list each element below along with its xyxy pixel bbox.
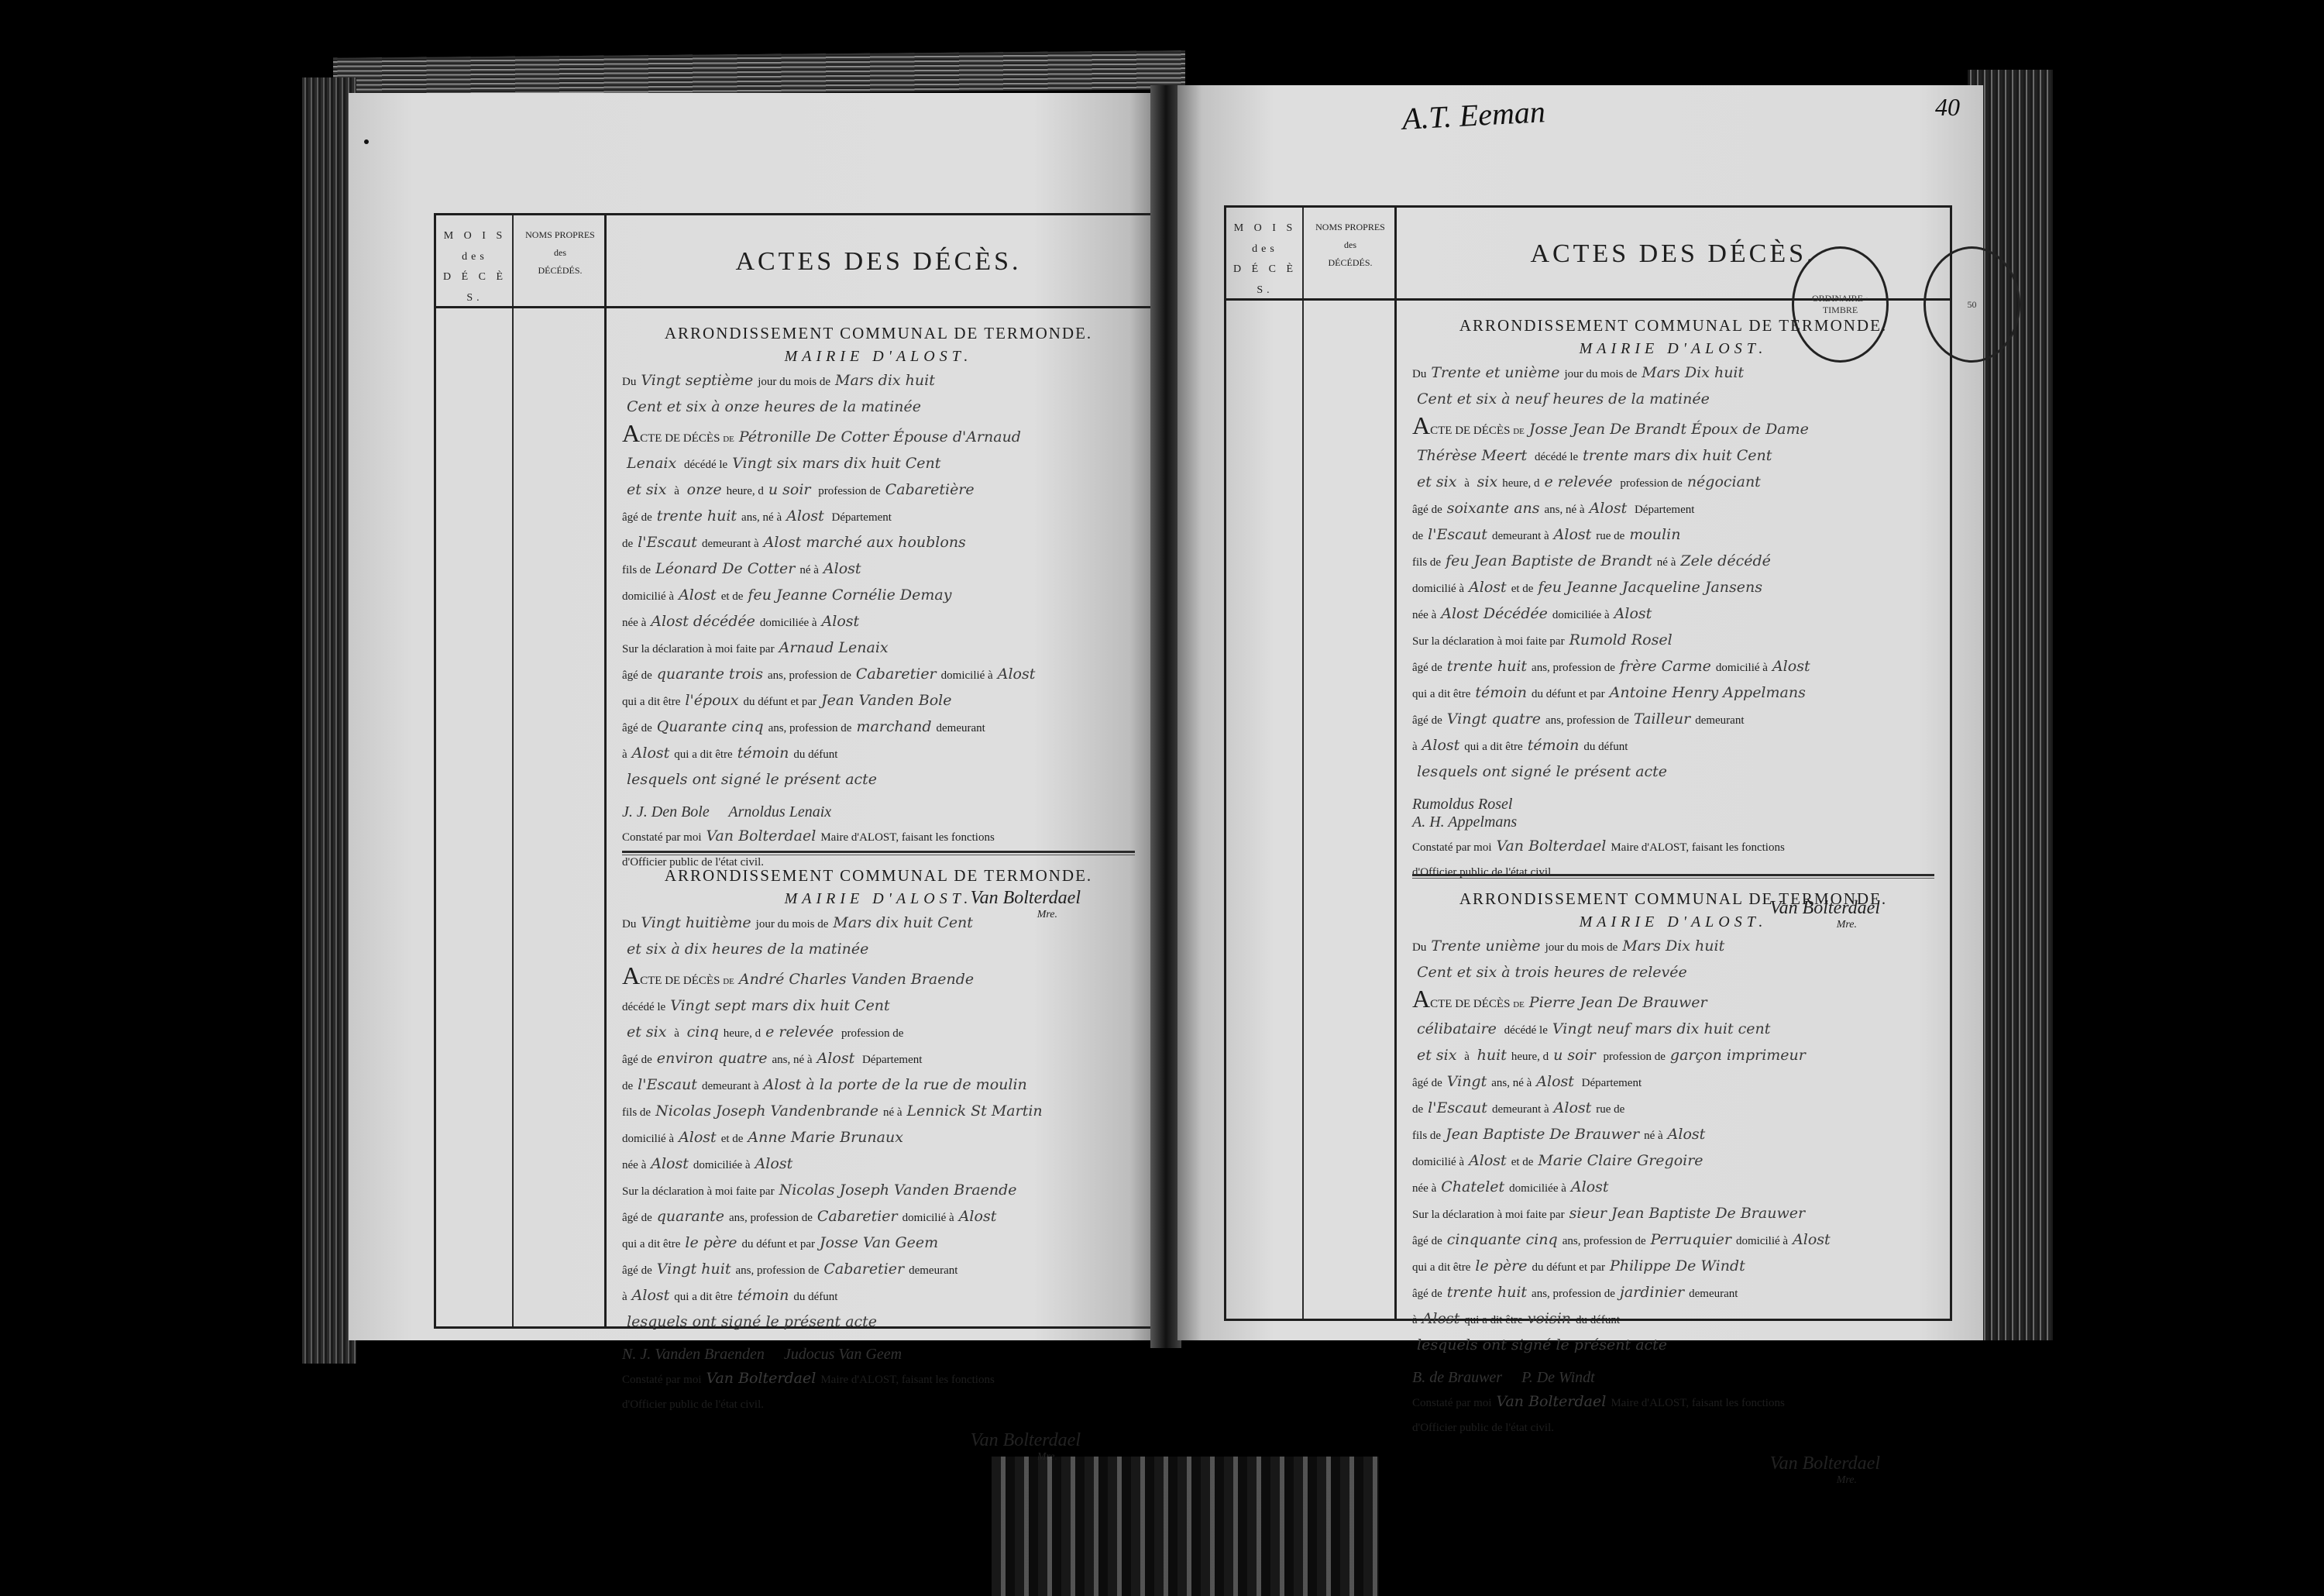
printed-text: et de bbox=[1511, 583, 1534, 595]
handwritten-entry: le père bbox=[680, 1234, 741, 1251]
open-register-book: M O I S des D É C È S. NOMS PROPRES des … bbox=[302, 54, 2053, 1371]
handwritten-entry: Cent et six à onze heures de la matinée bbox=[622, 398, 926, 415]
handwritten-entry: et six bbox=[622, 1023, 671, 1040]
handwritten-entry: Cabaretier bbox=[819, 1261, 909, 1278]
handwritten-entry: Alost bbox=[954, 1208, 1002, 1225]
printed-text: Département bbox=[1635, 504, 1694, 516]
handwritten-entry: Alost bbox=[751, 1155, 798, 1172]
book-page-edges-top bbox=[333, 50, 1185, 97]
handwritten-entry: Lenaix bbox=[622, 455, 681, 472]
printed-text: et de bbox=[1511, 1156, 1534, 1168]
handwritten-entry: quarante bbox=[652, 1208, 729, 1225]
handwritten-entry: Alost bbox=[1464, 579, 1511, 596]
printed-text: ans, profession de bbox=[1532, 662, 1615, 674]
printed-text: fils de bbox=[622, 1106, 651, 1119]
printed-text: qui a dit être bbox=[674, 748, 732, 761]
printed-text: d'Officier public de l'état civil. bbox=[1412, 1422, 1554, 1434]
printed-text: Constaté par moi bbox=[622, 831, 701, 844]
handwritten-entry: l'Escaut bbox=[1423, 1099, 1492, 1116]
printed-text: A. H. Appelmans bbox=[1412, 813, 1517, 831]
handwritten-entry: Alost Décédée bbox=[1436, 605, 1552, 622]
arrondissement-heading: ARRONDISSEMENT COMMUNAL DE TERMONDE. bbox=[622, 324, 1135, 343]
printed-text: du défunt et par bbox=[1532, 1261, 1605, 1274]
printed-text: né à bbox=[1644, 1130, 1663, 1142]
handwritten-entry: Léonard De Cotter bbox=[651, 560, 799, 577]
scan-artifact bbox=[992, 1457, 1379, 1596]
printed-text: âgé de bbox=[1412, 662, 1442, 674]
printed-text: demeurant bbox=[1689, 1288, 1738, 1300]
printed-text: demeurant bbox=[1695, 714, 1744, 727]
handwritten-entry: Mars Dix huit bbox=[1618, 937, 1729, 955]
handwritten-entry: Alost bbox=[646, 1155, 693, 1172]
deceased-name: André Charles Vanden Braende bbox=[734, 971, 978, 988]
printed-text: de bbox=[1412, 530, 1423, 542]
handwritten-entry: et six bbox=[1412, 473, 1461, 490]
handwritten-entry: Zele décédé bbox=[1676, 552, 1776, 569]
printed-text: qui a dit être bbox=[622, 696, 680, 708]
printed-text: domiciliée à bbox=[1552, 609, 1610, 621]
handwritten-entry: Alost décédée bbox=[646, 613, 760, 630]
printed-text: P. De Windt bbox=[1521, 1369, 1595, 1386]
printed-text: jour du mois de bbox=[758, 376, 830, 388]
handwritten-entry: l'Escaut bbox=[633, 534, 702, 551]
handwritten-entry: six bbox=[1473, 473, 1503, 490]
printed-text: profession de bbox=[1620, 477, 1682, 490]
handwritten-entry: lesquels ont signé le présent acte bbox=[1412, 1336, 1672, 1354]
handwritten-entry: u soir bbox=[764, 481, 816, 498]
handwritten-entry: et six bbox=[622, 481, 671, 498]
margin-annotation: A.T. Eeman bbox=[1401, 93, 1546, 137]
handwritten-entry: Cent et six à neuf heures de la matinée bbox=[1412, 390, 1714, 408]
handwritten-entry: trente huit bbox=[1442, 1284, 1532, 1301]
handwritten-entry: e relevée bbox=[1540, 473, 1618, 490]
handwritten-entry: Mars Dix huit bbox=[1637, 364, 1748, 381]
handwritten-entry: Nicolas Joseph Vandenbrande bbox=[651, 1102, 883, 1120]
printed-text: ans, profession de bbox=[1563, 1235, 1646, 1247]
printed-text: à bbox=[1412, 741, 1418, 753]
handwritten-entry: Vingt six mars dix huit Cent bbox=[727, 455, 945, 472]
printed-text: âgé de bbox=[622, 669, 652, 682]
printed-text: qui a dit être bbox=[674, 1291, 732, 1303]
printed-text: N. J. Vanden Braenden bbox=[622, 1346, 765, 1363]
printed-text: né à bbox=[883, 1106, 902, 1119]
printed-text: et de bbox=[721, 590, 744, 603]
handwritten-entry: Mars dix huit Cent bbox=[828, 914, 978, 931]
handwritten-entry: Vingt huitième bbox=[636, 914, 755, 931]
handwritten-entry: environ quatre bbox=[652, 1050, 772, 1067]
column-noms-des-decedes bbox=[514, 215, 607, 1326]
printed-text: qui a dit être bbox=[1412, 1261, 1470, 1274]
printed-text: qui a dit être bbox=[622, 1238, 680, 1250]
handwritten-entry: Vingt sept mars dix huit Cent bbox=[665, 997, 894, 1014]
handwritten-entry: Cabaretier bbox=[851, 666, 941, 683]
printed-text: du défunt bbox=[1583, 741, 1628, 753]
printed-text: B. de Brauwer bbox=[1412, 1369, 1502, 1386]
printed-text: décédé le bbox=[684, 459, 727, 471]
register-header: M O I S des D É C È S. NOMS PROPRES des … bbox=[436, 215, 1150, 308]
printed-text: âgé de bbox=[1412, 1235, 1442, 1247]
handwritten-entry: Alost bbox=[674, 586, 721, 604]
handwritten-entry: Vingt neuf mars dix huit cent bbox=[1548, 1020, 1776, 1037]
seal-stamp-icon: 50 bbox=[1923, 246, 2020, 363]
printed-text: Sur la déclaration à moi faite par bbox=[1412, 1209, 1565, 1221]
handwritten-entry: Quarante cinq bbox=[652, 718, 768, 735]
printed-text: D É C È S. bbox=[1226, 260, 1304, 301]
handwritten-entry: voisin bbox=[1523, 1310, 1576, 1327]
handwritten-entry: cinquante cinq bbox=[1442, 1231, 1563, 1248]
handwritten-entry: Alost bbox=[782, 507, 829, 525]
handwritten-entry: Alost bbox=[627, 1287, 675, 1304]
printed-text: qui a dit être bbox=[1464, 741, 1522, 753]
handwritten-entry: Antoine Henry Appelmans bbox=[1605, 684, 1810, 701]
printed-text: du défunt et par bbox=[741, 1238, 815, 1250]
printed-text: demeurant à bbox=[702, 538, 759, 550]
column-mois-des-deces bbox=[436, 215, 514, 1326]
handwritten-entry: Trente et unième bbox=[1426, 364, 1564, 381]
handwritten-entry: Alost bbox=[1418, 1310, 1465, 1327]
printed-text: J. J. Den Bole bbox=[622, 803, 710, 820]
printed-text: fils de bbox=[1412, 556, 1441, 569]
handwritten-entry: Philippe De Windt bbox=[1605, 1257, 1750, 1274]
printed-text: Département bbox=[862, 1054, 922, 1066]
deceased-name: Josse Jean De Brandt Époux de Dame bbox=[1525, 421, 1813, 438]
printed-text: ARRONDISSEMENT COMMUNAL DE TERMONDE. bbox=[622, 866, 1135, 886]
printed-text: Maire d'ALOST, faisant les fonctions bbox=[1611, 841, 1784, 854]
handwritten-entry: Alost bbox=[1418, 737, 1465, 754]
printed-text: Mre. bbox=[1412, 1474, 1880, 1487]
printed-text: M O I S bbox=[1226, 218, 1304, 239]
printed-text: des bbox=[1304, 236, 1397, 254]
handwritten-entry: l'Escaut bbox=[633, 1076, 702, 1093]
printed-text: Maire d'ALOST, faisant les fonctions bbox=[820, 1374, 994, 1386]
handwritten-entry: Alost bbox=[813, 1050, 860, 1067]
death-record-3: ARRONDISSEMENT COMMUNAL DE TERMONDE. MAI… bbox=[1412, 316, 1934, 931]
handwritten-entry: Jean Baptiste De Brauwer bbox=[1441, 1126, 1644, 1143]
printed-text: Constaté par moi bbox=[1412, 1397, 1491, 1409]
printed-text: née à bbox=[622, 617, 646, 629]
handwritten-entry: moulin bbox=[1624, 526, 1685, 543]
declarant-1: Arnaud Lenaix bbox=[775, 639, 893, 656]
handwritten-entry: témoin bbox=[1523, 737, 1584, 754]
record-divider bbox=[1412, 874, 1934, 879]
handwritten-entry: soixante ans bbox=[1442, 500, 1545, 517]
right-page: A.T. Eeman 40 M O I S des D É C È S. NOM… bbox=[1177, 85, 1983, 1340]
printed-text: Van Bolterdael bbox=[971, 1430, 1081, 1450]
handwritten-entry: le père bbox=[1470, 1257, 1532, 1274]
handwritten-entry: frère Carme bbox=[1615, 658, 1716, 675]
printed-text: domicilié à bbox=[941, 669, 993, 682]
printed-text: du défunt bbox=[1576, 1314, 1620, 1326]
handwritten-entry: Tailleur bbox=[1629, 710, 1695, 727]
printed-text: décédé le bbox=[1535, 451, 1578, 463]
printed-text: domicilié à bbox=[622, 1133, 674, 1145]
printed-text: Arnoldus Lenaix bbox=[728, 803, 831, 820]
printed-text: domicilié à bbox=[1412, 1156, 1464, 1168]
header-noms: NOMS PROPRES des DÉCÉDÉS. bbox=[514, 215, 607, 308]
printed-text: fils de bbox=[1412, 1130, 1441, 1142]
printed-text: âgé de bbox=[1412, 1077, 1442, 1089]
printed-text: MAIRIE D'ALOST. bbox=[1412, 913, 1934, 931]
handwritten-entry: jardinier bbox=[1615, 1284, 1689, 1301]
record-day: Vingt septième bbox=[636, 372, 758, 389]
printed-text: domiciliée à bbox=[1509, 1182, 1566, 1195]
handwritten-entry: Alost bbox=[1549, 1099, 1597, 1116]
printed-text: demeurant à bbox=[702, 1080, 759, 1092]
printed-text: NOMS PROPRES bbox=[1304, 218, 1397, 236]
handwritten-entry: trente mars dix huit Cent bbox=[1578, 447, 1776, 464]
handwritten-entry: négociant bbox=[1683, 473, 1765, 490]
mairie-heading: MAIRIE D'ALOST. bbox=[622, 348, 1135, 366]
handwritten-entry: Alost bbox=[993, 666, 1040, 683]
handwritten-entry: Alost bbox=[819, 560, 866, 577]
handwritten-entry: cinq bbox=[682, 1023, 724, 1040]
printed-text: ans, profession de bbox=[768, 669, 851, 682]
printed-text: de bbox=[622, 538, 633, 550]
printed-text: de bbox=[622, 1080, 633, 1092]
printed-text: né à bbox=[799, 564, 819, 576]
printed-text: MAIRIE D'ALOST. bbox=[1412, 340, 1934, 358]
handwritten-entry: Alost bbox=[1464, 1152, 1511, 1169]
printed-text: décédé le bbox=[1504, 1024, 1548, 1037]
handwritten-entry: Lennick St Martin bbox=[902, 1102, 1047, 1120]
handwritten-entry: Alost à la porte de la rue de moulin bbox=[759, 1076, 1032, 1093]
printed-text: CTE DE DÉCÈS de bbox=[1430, 425, 1525, 437]
handwritten-entry: témoin bbox=[733, 745, 794, 762]
printed-text: profession de bbox=[818, 485, 880, 497]
printed-text: heure, d bbox=[724, 1027, 761, 1040]
printed-text: né à bbox=[1657, 556, 1676, 569]
printed-text: ARRONDISSEMENT COMMUNAL DE TERMONDE. bbox=[1412, 889, 1934, 909]
printed-text: Département bbox=[1582, 1077, 1642, 1089]
death-record-1: ARRONDISSEMENT COMMUNAL DE TERMONDE. MAI… bbox=[622, 324, 1135, 921]
printed-text: d'Officier public de l'état civil. bbox=[622, 1398, 764, 1411]
deceased-name: Pierre Jean De Brauwer bbox=[1525, 994, 1712, 1011]
handwritten-entry: Anne Marie Brunaux bbox=[743, 1129, 908, 1146]
printed-text: de bbox=[1412, 1103, 1423, 1116]
printed-text: Judocus Van Geem bbox=[784, 1346, 902, 1363]
printed-text: jour du mois de bbox=[1545, 941, 1618, 954]
page-number: 40 bbox=[1935, 93, 1960, 122]
handwritten-entry: u soir bbox=[1549, 1047, 1600, 1064]
header-mois: M O I S des D É C È S. bbox=[436, 215, 514, 308]
printed-text: rue de bbox=[1596, 1103, 1624, 1116]
handwritten-entry: trente huit bbox=[1442, 658, 1532, 675]
printed-text: Constaté par moi bbox=[1412, 841, 1491, 854]
printed-text: âgé de bbox=[1412, 1288, 1442, 1300]
printed-text: demeurant bbox=[909, 1264, 957, 1277]
handwritten-entry: Alost bbox=[1663, 1126, 1710, 1143]
handwritten-entry: Alost bbox=[1768, 658, 1815, 675]
handwritten-entry: Vingt quatre bbox=[1442, 710, 1545, 727]
printed-text: CTE DE DÉCÈS de bbox=[1430, 998, 1525, 1010]
handwritten-entry: Nicolas Joseph Vanden Braende bbox=[775, 1182, 1022, 1199]
printed-text: domiciliée à bbox=[693, 1159, 751, 1171]
printed-text: ans, profession de bbox=[1532, 1288, 1615, 1300]
declarant-2: Jean Vanden Bole bbox=[816, 692, 956, 709]
handwritten-entry: trente huit bbox=[652, 507, 741, 525]
handwritten-entry: Josse Van Geem bbox=[815, 1234, 943, 1251]
printed-text: des bbox=[436, 247, 514, 268]
handwritten-entry: et six à dix heures de la matinée bbox=[622, 941, 873, 958]
printed-text: Constaté par moi bbox=[622, 1374, 701, 1386]
handwritten-entry: e relevée bbox=[761, 1023, 838, 1040]
handwritten-entry: Vingt huit bbox=[652, 1261, 736, 1278]
printed-text: Rumoldus Rosel bbox=[1412, 796, 1512, 813]
printed-text: NOMS PROPRES bbox=[514, 226, 607, 244]
printed-text: DÉCÉDÉS. bbox=[514, 262, 607, 280]
printed-text: profession de bbox=[841, 1027, 903, 1040]
handwritten-entry: Marie Claire Gregoire bbox=[1533, 1152, 1707, 1169]
printed-text: ARRONDISSEMENT COMMUNAL DE TERMONDE. bbox=[1412, 316, 1934, 335]
printed-text: jour du mois de bbox=[756, 918, 829, 930]
printed-text: qui a dit être bbox=[1412, 688, 1470, 700]
handwritten-entry: Trente unième bbox=[1426, 937, 1545, 955]
handwritten-entry: Cabaretier bbox=[813, 1208, 902, 1225]
printed-text: âgé de bbox=[622, 511, 652, 524]
printed-text: ans, profession de bbox=[735, 1264, 819, 1277]
handwritten-entry: l'Escaut bbox=[1423, 526, 1492, 543]
printed-text: Du bbox=[622, 918, 636, 930]
handwritten-entry: Van Bolterdael bbox=[1491, 838, 1611, 855]
printed-text: décédé le bbox=[622, 1001, 665, 1013]
handwritten-entry: feu Jeanne Cornélie Demay bbox=[743, 586, 956, 604]
printed-text: rue de bbox=[1596, 530, 1624, 542]
printed-text: Du bbox=[1412, 941, 1426, 954]
handwritten-entry: feu Jeanne Jacqueline Jansens bbox=[1533, 579, 1767, 596]
printed-text: née à bbox=[1412, 609, 1436, 621]
printed-text: heure, d bbox=[1502, 477, 1539, 490]
handwritten-entry: Alost bbox=[1532, 1073, 1579, 1090]
handwritten-entry: Cabaretière bbox=[881, 481, 979, 498]
printed-text: Du bbox=[622, 376, 636, 388]
printed-text: domicilié à bbox=[622, 590, 674, 603]
printed-text: à bbox=[622, 1291, 627, 1303]
printed-text: M O I S bbox=[436, 226, 514, 247]
handwritten-entry: feu Jean Baptiste de Brandt bbox=[1441, 552, 1657, 569]
death-record-2: ARRONDISSEMENT COMMUNAL DE TERMONDE. MAI… bbox=[622, 866, 1135, 1464]
printed-text: des bbox=[1226, 239, 1304, 260]
printed-text: et de bbox=[721, 1133, 744, 1145]
printed-text: fils de bbox=[622, 564, 651, 576]
printed-text: âgé de bbox=[1412, 504, 1442, 516]
printed-text: ans, né à bbox=[1491, 1077, 1532, 1089]
record-divider bbox=[622, 851, 1135, 855]
handwritten-entry: Van Bolterdael bbox=[701, 827, 820, 844]
printed-text: ans, profession de bbox=[729, 1212, 813, 1224]
handwritten-entry: Alost bbox=[674, 1129, 721, 1146]
printed-text: domicilié à bbox=[1716, 662, 1768, 674]
printed-text: ans, né à bbox=[1545, 504, 1585, 516]
printed-text: à bbox=[1412, 1314, 1418, 1326]
printed-text: née à bbox=[622, 1159, 646, 1171]
handwritten-entry: célibataire bbox=[1412, 1020, 1501, 1037]
handwritten-entry: Alost bbox=[1788, 1231, 1835, 1248]
handwritten-entry: lesquels ont signé le présent acte bbox=[622, 1313, 882, 1330]
handwritten-entry: huit bbox=[1473, 1047, 1511, 1064]
printed-text: du défunt et par bbox=[1532, 688, 1605, 700]
record-month: Mars dix huit bbox=[830, 372, 940, 389]
printed-text: domiciliée à bbox=[760, 617, 817, 629]
handwritten-entry: Rumold Rosel bbox=[1565, 631, 1677, 648]
left-page: M O I S des D É C È S. NOMS PROPRES des … bbox=[349, 93, 1154, 1340]
printed-text: demeurant bbox=[937, 722, 985, 734]
handwritten-entry: Perruquier bbox=[1646, 1231, 1736, 1248]
printed-text: DÉCÉDÉS. bbox=[1304, 254, 1397, 272]
printed-text: demeurant à bbox=[1492, 530, 1549, 542]
handwritten-entry: lesquels ont signé le présent acte bbox=[1412, 763, 1672, 780]
printed-text: âgé de bbox=[622, 722, 652, 734]
printed-text: D É C È S. bbox=[436, 267, 514, 308]
handwritten-entry: lesquels ont signé le présent acte bbox=[622, 771, 882, 788]
death-record-4: ARRONDISSEMENT COMMUNAL DE TERMONDE. MAI… bbox=[1412, 889, 1934, 1487]
handwritten-entry: Van Bolterdael bbox=[1491, 1393, 1611, 1410]
printed-text: du défunt et par bbox=[744, 696, 817, 708]
printed-text: âgé de bbox=[622, 1212, 652, 1224]
printed-text: heure, d bbox=[727, 485, 764, 497]
handwritten-entry: Van Bolterdael bbox=[701, 1370, 820, 1387]
book-gutter bbox=[1150, 85, 1181, 1348]
register-frame: M O I S des D É C È S. NOMS PROPRES des … bbox=[434, 213, 1150, 1329]
handwritten-entry: Vingt bbox=[1442, 1073, 1492, 1090]
printed-text: Maire d'ALOST, faisant les fonctions bbox=[820, 831, 994, 844]
printed-text: Département bbox=[831, 511, 891, 524]
handwritten-entry: sieur Jean Baptiste De Brauwer bbox=[1565, 1205, 1810, 1222]
printed-text: à bbox=[622, 748, 627, 761]
handwritten-entry: Cent et six à trois heures de relevée bbox=[1412, 964, 1692, 981]
printed-text: des bbox=[514, 244, 607, 262]
printed-text: MAIRIE D'ALOST. bbox=[622, 890, 1135, 908]
printed-text: Du bbox=[1412, 368, 1426, 380]
printed-text: âgé de bbox=[622, 1264, 652, 1277]
printed-text: du défunt bbox=[793, 748, 837, 761]
printed-text: demeurant à bbox=[1492, 1103, 1549, 1116]
page-title: ACTES DES DÉCÈS. bbox=[607, 215, 1150, 308]
handwritten-entry: Alost bbox=[817, 613, 865, 630]
deceased-name: Pétronille De Cotter Épouse d'Arnaud bbox=[734, 428, 1026, 445]
printed-text: Van Bolterdael bbox=[1770, 1453, 1880, 1474]
printed-text: CTE DE DÉCÈS de bbox=[640, 975, 734, 987]
printed-text: domicilié à bbox=[1736, 1235, 1788, 1247]
handwritten-entry: Chatelet bbox=[1436, 1178, 1509, 1195]
handwritten-entry: l'époux bbox=[680, 692, 743, 709]
handwritten-entry: témoin bbox=[733, 1287, 794, 1304]
printed-text: domicilié à bbox=[902, 1212, 954, 1224]
printed-text: née à bbox=[1412, 1182, 1436, 1195]
printed-text: jour du mois de bbox=[1564, 368, 1637, 380]
handwritten-entry: onze bbox=[682, 481, 727, 498]
handwritten-entry: marchand bbox=[851, 718, 936, 735]
printed-text: âgé de bbox=[622, 1054, 652, 1066]
handwritten-entry: témoin bbox=[1470, 684, 1532, 701]
register-frame: M O I S des D É C È S. NOMS PROPRES des … bbox=[1224, 205, 1952, 1321]
handwritten-entry: quarante trois bbox=[652, 666, 768, 683]
printed-text: ans, né à bbox=[772, 1054, 813, 1066]
printed-text: ans, profession de bbox=[1545, 714, 1629, 727]
printed-text: du défunt bbox=[793, 1291, 837, 1303]
printed-text: ans, profession de bbox=[768, 722, 852, 734]
handwritten-entry: Alost bbox=[1610, 605, 1657, 622]
handwritten-entry: Thérèse Meert bbox=[1412, 447, 1532, 464]
handwritten-entry: Alost marché aux houblons bbox=[759, 534, 971, 551]
printed-text: heure, d bbox=[1511, 1051, 1549, 1063]
printed-text: Sur la déclaration à moi faite par bbox=[1412, 635, 1565, 648]
handwritten-entry: garçon imprimeur bbox=[1666, 1047, 1810, 1064]
handwritten-entry: Alost bbox=[627, 745, 675, 762]
handwritten-entry: Alost bbox=[1566, 1178, 1614, 1195]
printed-text: profession de bbox=[1604, 1051, 1666, 1063]
printed-text: CTE DE DÉCÈS de bbox=[640, 432, 734, 445]
printed-text: Maire d'ALOST, faisant les fonctions bbox=[1611, 1397, 1784, 1409]
